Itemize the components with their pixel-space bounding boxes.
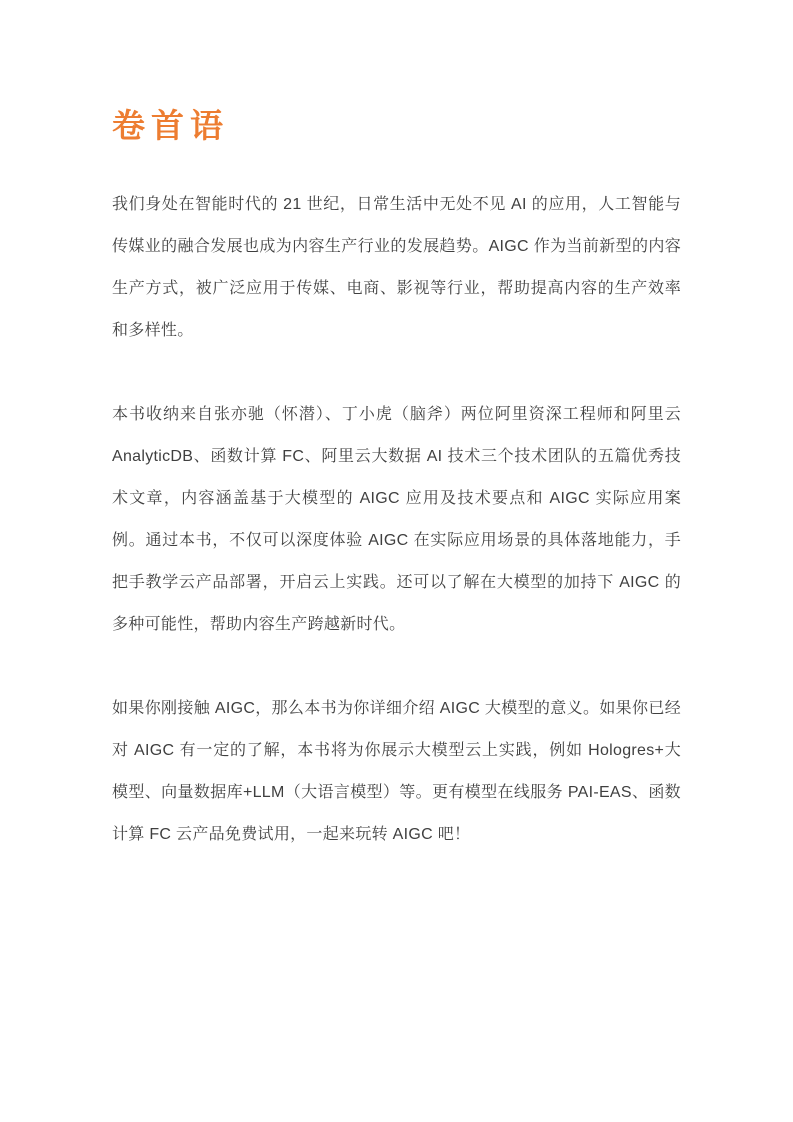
page-title: 卷首语 (112, 104, 681, 148)
paragraph-1: 我们身处在智能时代的 21 世纪，日常生活中无处不见 AI 的应用，人工智能与传… (112, 184, 681, 352)
document-page: 卷首语 我们身处在智能时代的 21 世纪，日常生活中无处不见 AI 的应用，人工… (0, 0, 793, 1122)
paragraph-3: 如果你刚接触 AIGC，那么本书为你详细介绍 AIGC 大模型的意义。如果你已经… (112, 688, 681, 856)
paragraph-2: 本书收纳来自张亦驰（怀潜）、丁小虎（脑斧）两位阿里资深工程师和阿里云 Analy… (112, 394, 681, 646)
